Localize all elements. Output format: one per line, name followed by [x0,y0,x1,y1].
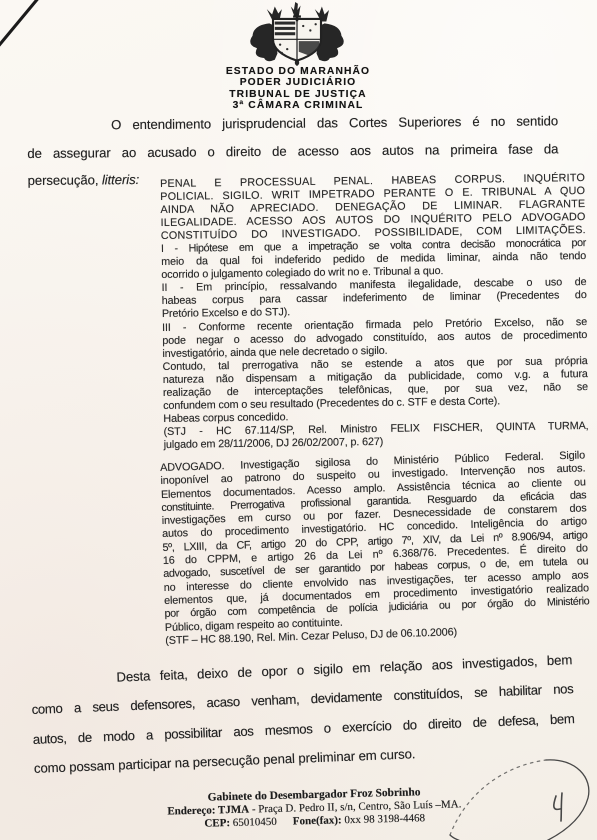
org-line: ESTADO DO MARANHÃO [148,66,448,77]
org-name-lines: ESTADO DO MARANHÃOPODER JUDICIÁRIOTRIBUN… [148,66,448,112]
cep-value: 65010450 [233,816,277,829]
handwritten-annotation [420,738,597,840]
quote-block-stf: ADVOGADO. Investigação sigilosa do Minis… [160,449,590,648]
intro-litteris: litteris: [102,172,139,187]
intro-tail-text: persecução, [28,173,102,189]
paragraph-line: O entendimento jurisprudencial das Corte… [27,107,558,139]
org-line: PODER JUDICIÁRIO [148,77,448,88]
paragraph-line: de assegurar ao acusado o direito de ace… [27,135,558,167]
coat-of-arms-icon [239,2,355,66]
scan-corner-artifact [0,0,55,60]
address-label: Endereço: [167,804,218,817]
org-line: TRIBUNAL DE JUSTIÇA [148,89,448,100]
document-page: ESTADO DO MARANHÃOPODER JUDICIÁRIOTRIBUN… [0,0,597,840]
phone-value: 0xx 98 3198-4468 [344,812,425,826]
cep-label: CEP: [204,817,233,830]
phone-label: Fone(fax): [293,814,345,827]
quote-block-stj: PENAL E PROCESSUAL PENAL. HABEAS CORPUS.… [160,172,589,452]
address-org: TJMA [218,804,249,817]
